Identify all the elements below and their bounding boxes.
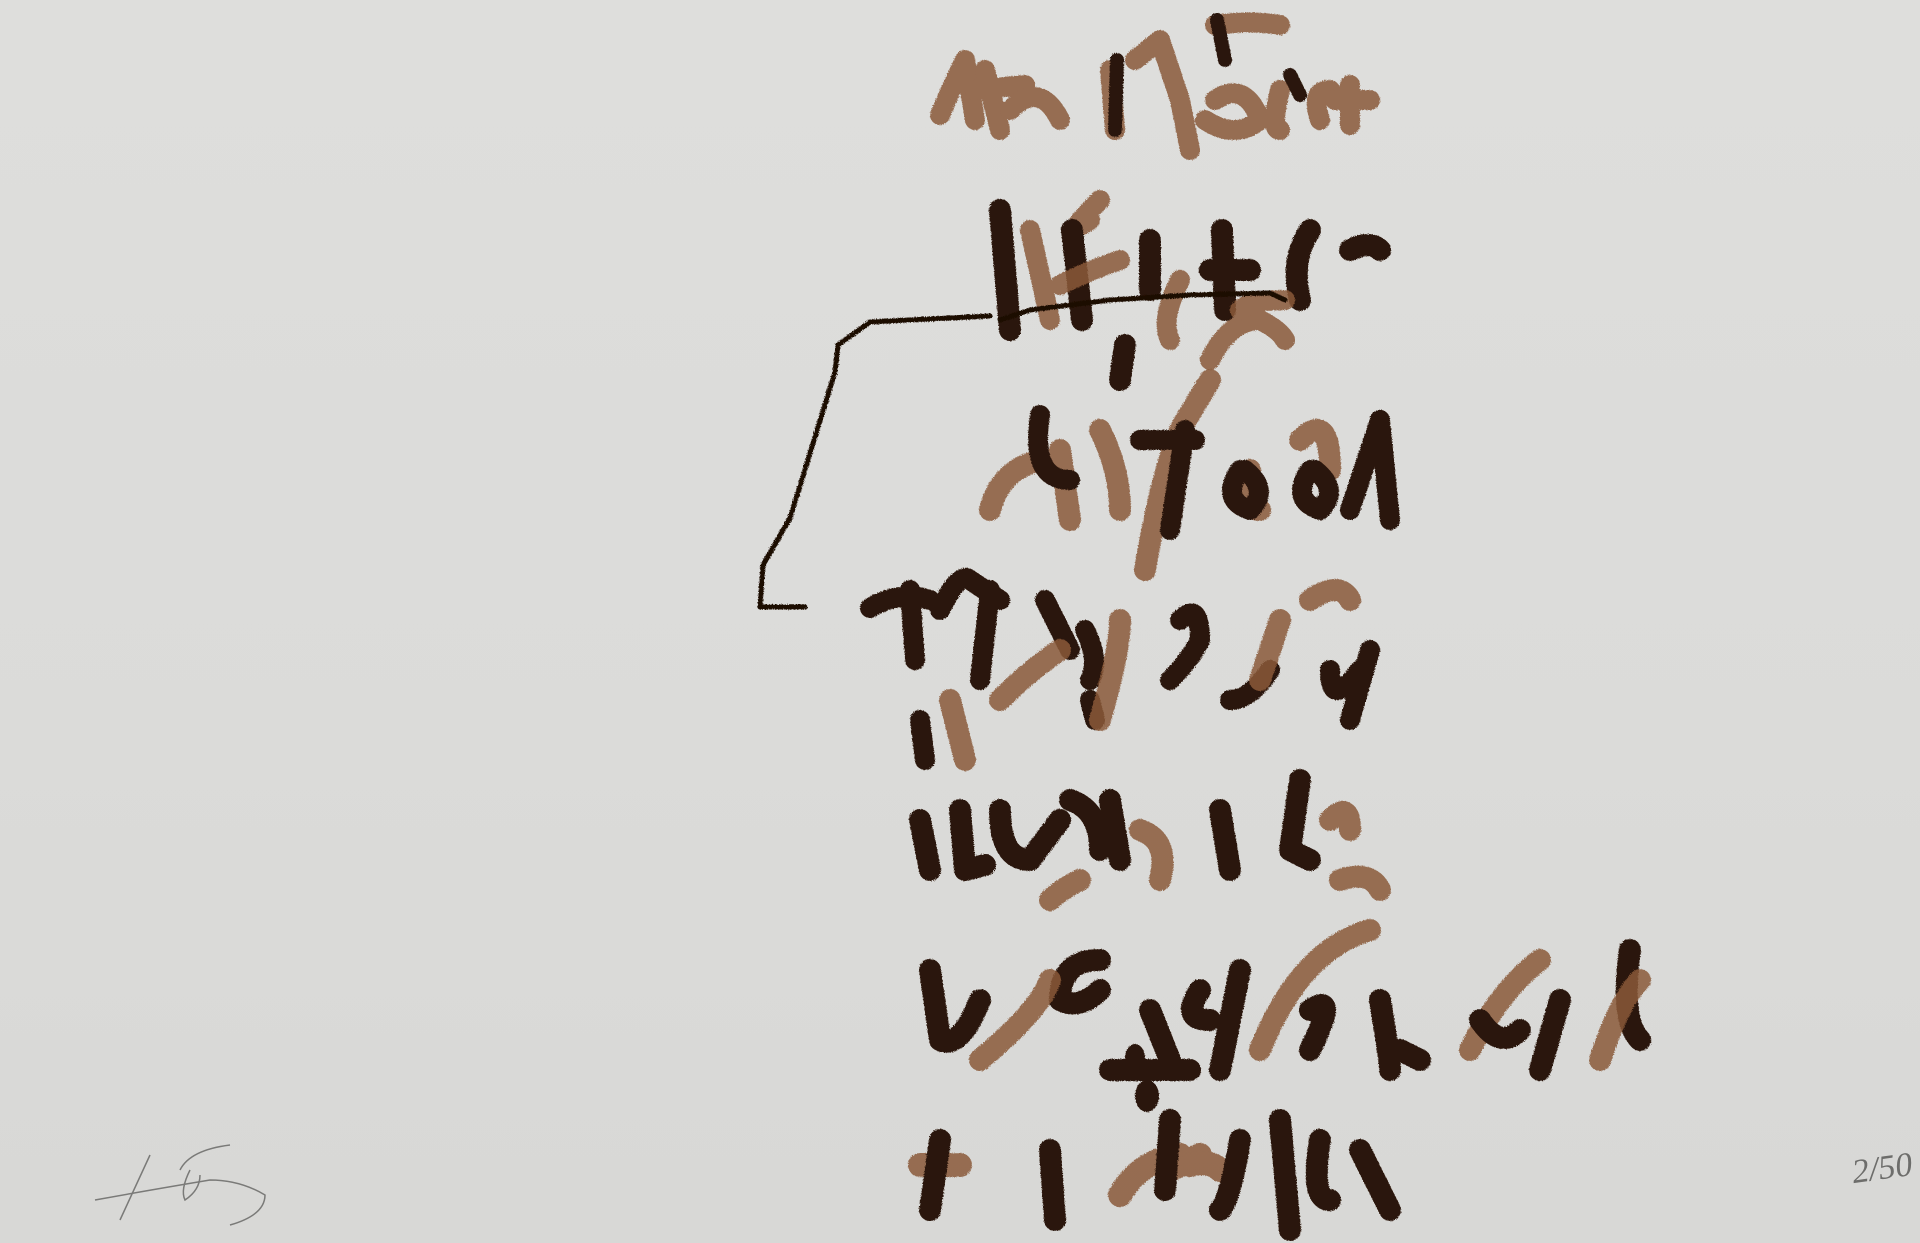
pencil-signature xyxy=(90,1130,290,1230)
artwork-sheet: 2/50 xyxy=(0,0,1920,1243)
calligraphy-strokes xyxy=(0,0,1920,1243)
